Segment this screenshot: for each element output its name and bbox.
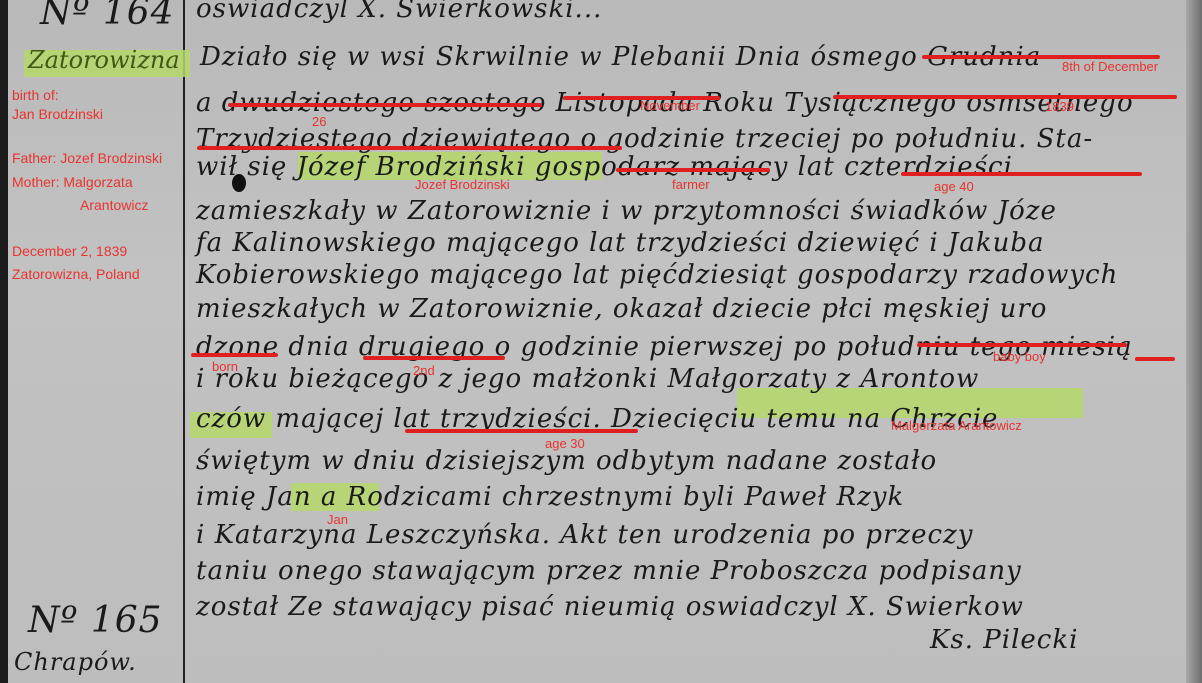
handwriting-line-1: Działo się w wsi Skrwilnie w Plebanii Dn… [200,42,1041,72]
note-date: December 2, 1839 [12,242,127,261]
annotation-date-registered: 8th of December [1062,59,1158,74]
village-name: Zatorowizna [28,46,180,74]
page-left-edge [0,0,8,683]
handwriting-line-15: taniu onego stawającym przez mnie Probos… [196,556,1022,586]
handwriting-line-16: został Ze stawający pisać nieumią oswiad… [196,592,1024,622]
next-entry-village: Chrapów. [14,648,137,676]
handwriting-signature: Ks. Pilecki [930,625,1078,655]
annotation-birth-day: 2nd [413,363,435,378]
annotation-father-age: age 40 [934,179,974,194]
underline-born [191,353,278,357]
underline-mother-age [405,429,638,433]
note-mother-line2: Arantowicz [80,196,148,215]
handwriting-line-6: fa Kalinowskiego mającego lat trzydzieśc… [196,228,1044,258]
annotation-child: Jan [327,512,348,527]
handwriting-line-10: i roku bieżącego z jego małżonki Małgorz… [196,364,979,394]
underline-birth-day [363,356,505,360]
page-right-edge [1186,0,1202,683]
note-birth-label: birth of: [12,86,59,105]
note-father: Father: Jozef Brodzinski [12,149,162,168]
handwriting-line-7: Kobierowskiego mającego lat pięćdziesiąt… [196,260,1118,290]
handwriting-line-0: oswiadczyl X. Swierkowski... [196,0,602,24]
handwriting-line-8: mieszkałych w Zatorowiznie, okazał dziec… [196,294,1047,324]
underline-year [833,95,1177,99]
underline-sex [917,343,1127,347]
margin-rule [183,0,185,683]
annotation-mother-age: age 30 [545,436,585,451]
underline-day [228,103,542,107]
annotation-sex: baby boy [993,349,1046,364]
handwriting-line-5: zamieszkały w Zatorowiznie i w przytomno… [196,196,1057,226]
annotation-father: Jozef Brodzinski [415,177,510,192]
annotation-day: 26 [312,114,326,129]
underline-sex-cont [1135,357,1175,361]
parish-record-page: Nº 164 Zatorowizna birth of: Jan Brodzin… [0,0,1202,683]
entry-number: Nº 164 [40,0,175,33]
handwriting-line-13: imię Jan a Rodzicami chrzestnymi byli Pa… [196,482,904,512]
note-child-name: Jan Brodzinski [12,105,103,124]
underline-father-age [901,172,1142,176]
annotation-year: 1839 [1045,99,1074,114]
annotation-month: November [640,98,700,113]
next-entry-number: Nº 165 [28,600,163,641]
annotation-born: born [212,359,238,374]
note-mother-line1: Mother: Malgorzata [12,173,133,192]
ink-blot [232,174,246,192]
annotation-occupation: farmer [672,177,710,192]
note-place: Zatorowizna, Poland [12,265,140,284]
annotation-mother: Malgorzata Arantowicz [891,418,1022,433]
underline-year-cont [197,146,622,150]
handwriting-line-14: i Katarzyna Leszczyńska. Akt ten urodzen… [196,520,973,550]
underline-occupation [616,168,770,172]
handwriting-line-4: wił się Józef Brodziński gospodarz mając… [196,152,1013,182]
